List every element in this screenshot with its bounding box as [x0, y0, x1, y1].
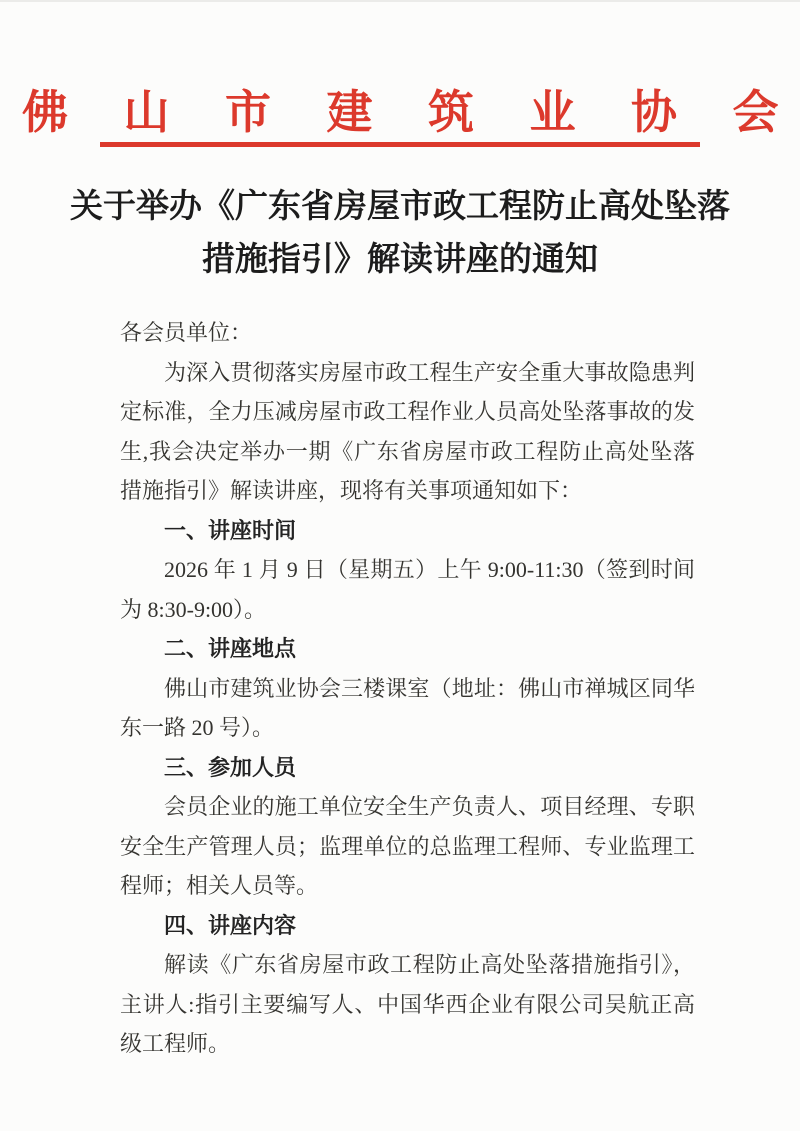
section-2-body: 佛山市建筑业协会三楼课室（地址：佛山市禅城区同华东一路 20 号）。: [120, 669, 695, 748]
section-3-heading: 三、参加人员: [120, 748, 695, 788]
letterhead-divider-line: [100, 142, 700, 147]
notice-body: 各会员单位： 为深入贯彻落实房屋市政工程生产安全重大事故隐患判定标准，全力压减房…: [120, 313, 695, 1064]
section-1-heading: 一、讲座时间: [120, 511, 695, 551]
intro-paragraph: 为深入贯彻落实房屋市政工程生产安全重大事故隐患判定标准，全力压减房屋市政工程作业…: [120, 353, 695, 511]
scanned-notice-page: 佛 山 市 建 筑 业 协 会 关于举办《广东省房屋市政工程防止高处坠落 措施指…: [0, 0, 800, 1131]
salutation: 各会员单位：: [120, 313, 695, 353]
section-1-body: 2026 年 1 月 9 日（星期五）上午 9:00-11:30（签到时间为 8…: [120, 550, 695, 629]
association-letterhead: 佛 山 市 建 筑 业 协 会: [0, 88, 800, 138]
notice-title: 关于举办《广东省房屋市政工程防止高处坠落 措施指引》解读讲座的通知: [60, 181, 740, 287]
scan-edge-artifact: [0, 0, 800, 2]
section-3-body: 会员企业的施工单位安全生产负责人、项目经理、专职安全生产管理人员；监理单位的总监…: [120, 787, 695, 906]
notice-title-line-1: 关于举办《广东省房屋市政工程防止高处坠落: [60, 181, 740, 234]
section-4-body: 解读《广东省房屋市政工程防止高处坠落措施指引》，主讲人:指引主要编写人、中国华西…: [120, 945, 695, 1064]
section-4-heading: 四、讲座内容: [120, 906, 695, 946]
section-2-heading: 二、讲座地点: [120, 629, 695, 669]
notice-title-line-2: 措施指引》解读讲座的通知: [60, 234, 740, 287]
